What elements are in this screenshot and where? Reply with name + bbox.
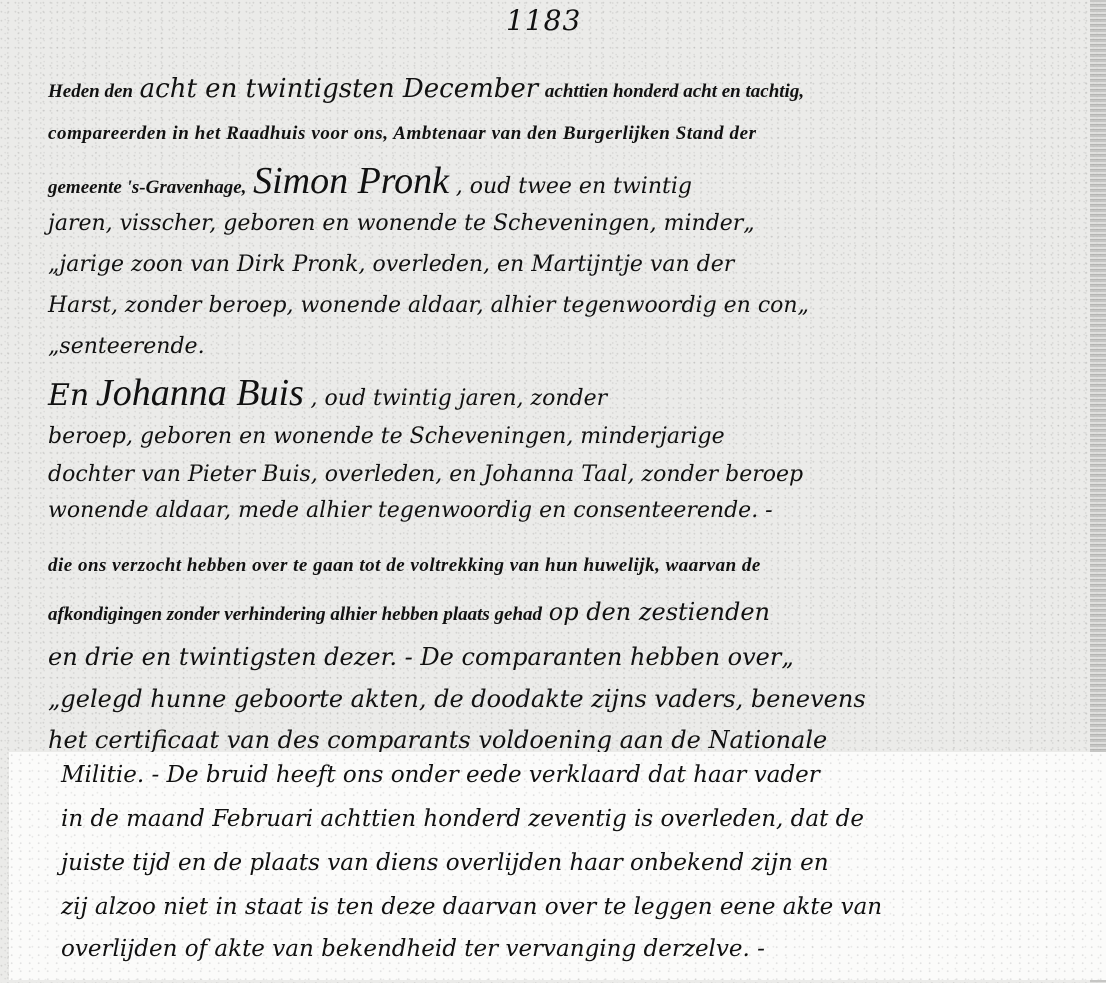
printed-text: afkondigingen zonder verhindering alhier… [48, 604, 542, 625]
bride-name: Johanna Buis [96, 372, 304, 414]
groom-name: Simon Pronk [253, 160, 449, 202]
record-line: gemeente 's-Gravenhage, Simon Pronk , ou… [48, 162, 692, 200]
record-line: Militie. - De bruid heeft ons onder eede… [61, 764, 820, 787]
record-line: Heden den acht en twintigsten December a… [48, 76, 804, 102]
record-line: Harst, zonder beroep, wonende aldaar, al… [48, 295, 809, 317]
handwritten-text: , oud twintig jaren, zonder [311, 386, 608, 411]
record-line: het certificaat van des comparants voldo… [48, 728, 827, 752]
record-line: overlijden of akte van bekendheid ter ve… [61, 938, 765, 961]
handwritten-text: En [48, 378, 89, 413]
record-line: dochter van Pieter Buis, overleden, en J… [48, 464, 803, 486]
record-line: jaren, visscher, geboren en wonende te S… [48, 213, 755, 235]
printed-text: compareerden in het Raadhuis voor ons, A… [48, 123, 757, 144]
printed-text: gemeente 's-Gravenhage, [48, 177, 246, 198]
printed-text: achttien honderd acht en tachtig, [545, 81, 804, 102]
record-line: „gelegd hunne geboorte akten, de doodakt… [48, 687, 866, 711]
record-line: afkondigingen zonder verhindering alhier… [48, 600, 770, 624]
handwritten-text: , oud twee en twintig [456, 174, 692, 199]
document-page: 1183 Heden den acht en twintigsten Decem… [0, 0, 1106, 983]
record-line: in de maand Februari achttien honderd ze… [61, 808, 864, 831]
record-line: En Johanna Buis , oud twintig jaren, zon… [48, 374, 607, 412]
pasted-section: Militie. - De bruid heeft ons onder eede… [9, 752, 1106, 980]
record-line: beroep, geboren en wonende te Schevening… [48, 426, 725, 448]
record-line: juiste tijd en de plaats van diens overl… [61, 852, 829, 875]
record-line: „senteerende. [48, 336, 205, 358]
record-line: wonende aldaar, mede alhier tegenwoordig… [48, 500, 773, 522]
page-number: 1183 [506, 4, 581, 37]
record-line: die ons verzocht hebben over te gaan tot… [48, 556, 761, 575]
record-line: zij alzoo niet in staat is ten deze daar… [61, 896, 882, 919]
handwritten-date: acht en twintigsten December [140, 74, 539, 104]
handwritten-text: op den zestienden [549, 598, 770, 626]
record-line: compareerden in het Raadhuis voor ons, A… [48, 122, 757, 143]
record-line: „jarige zoon van Dirk Pronk, overleden, … [48, 254, 734, 276]
printed-text: Heden den [48, 81, 133, 102]
record-line: en drie en twintigsten dezer. - De compa… [48, 645, 794, 669]
